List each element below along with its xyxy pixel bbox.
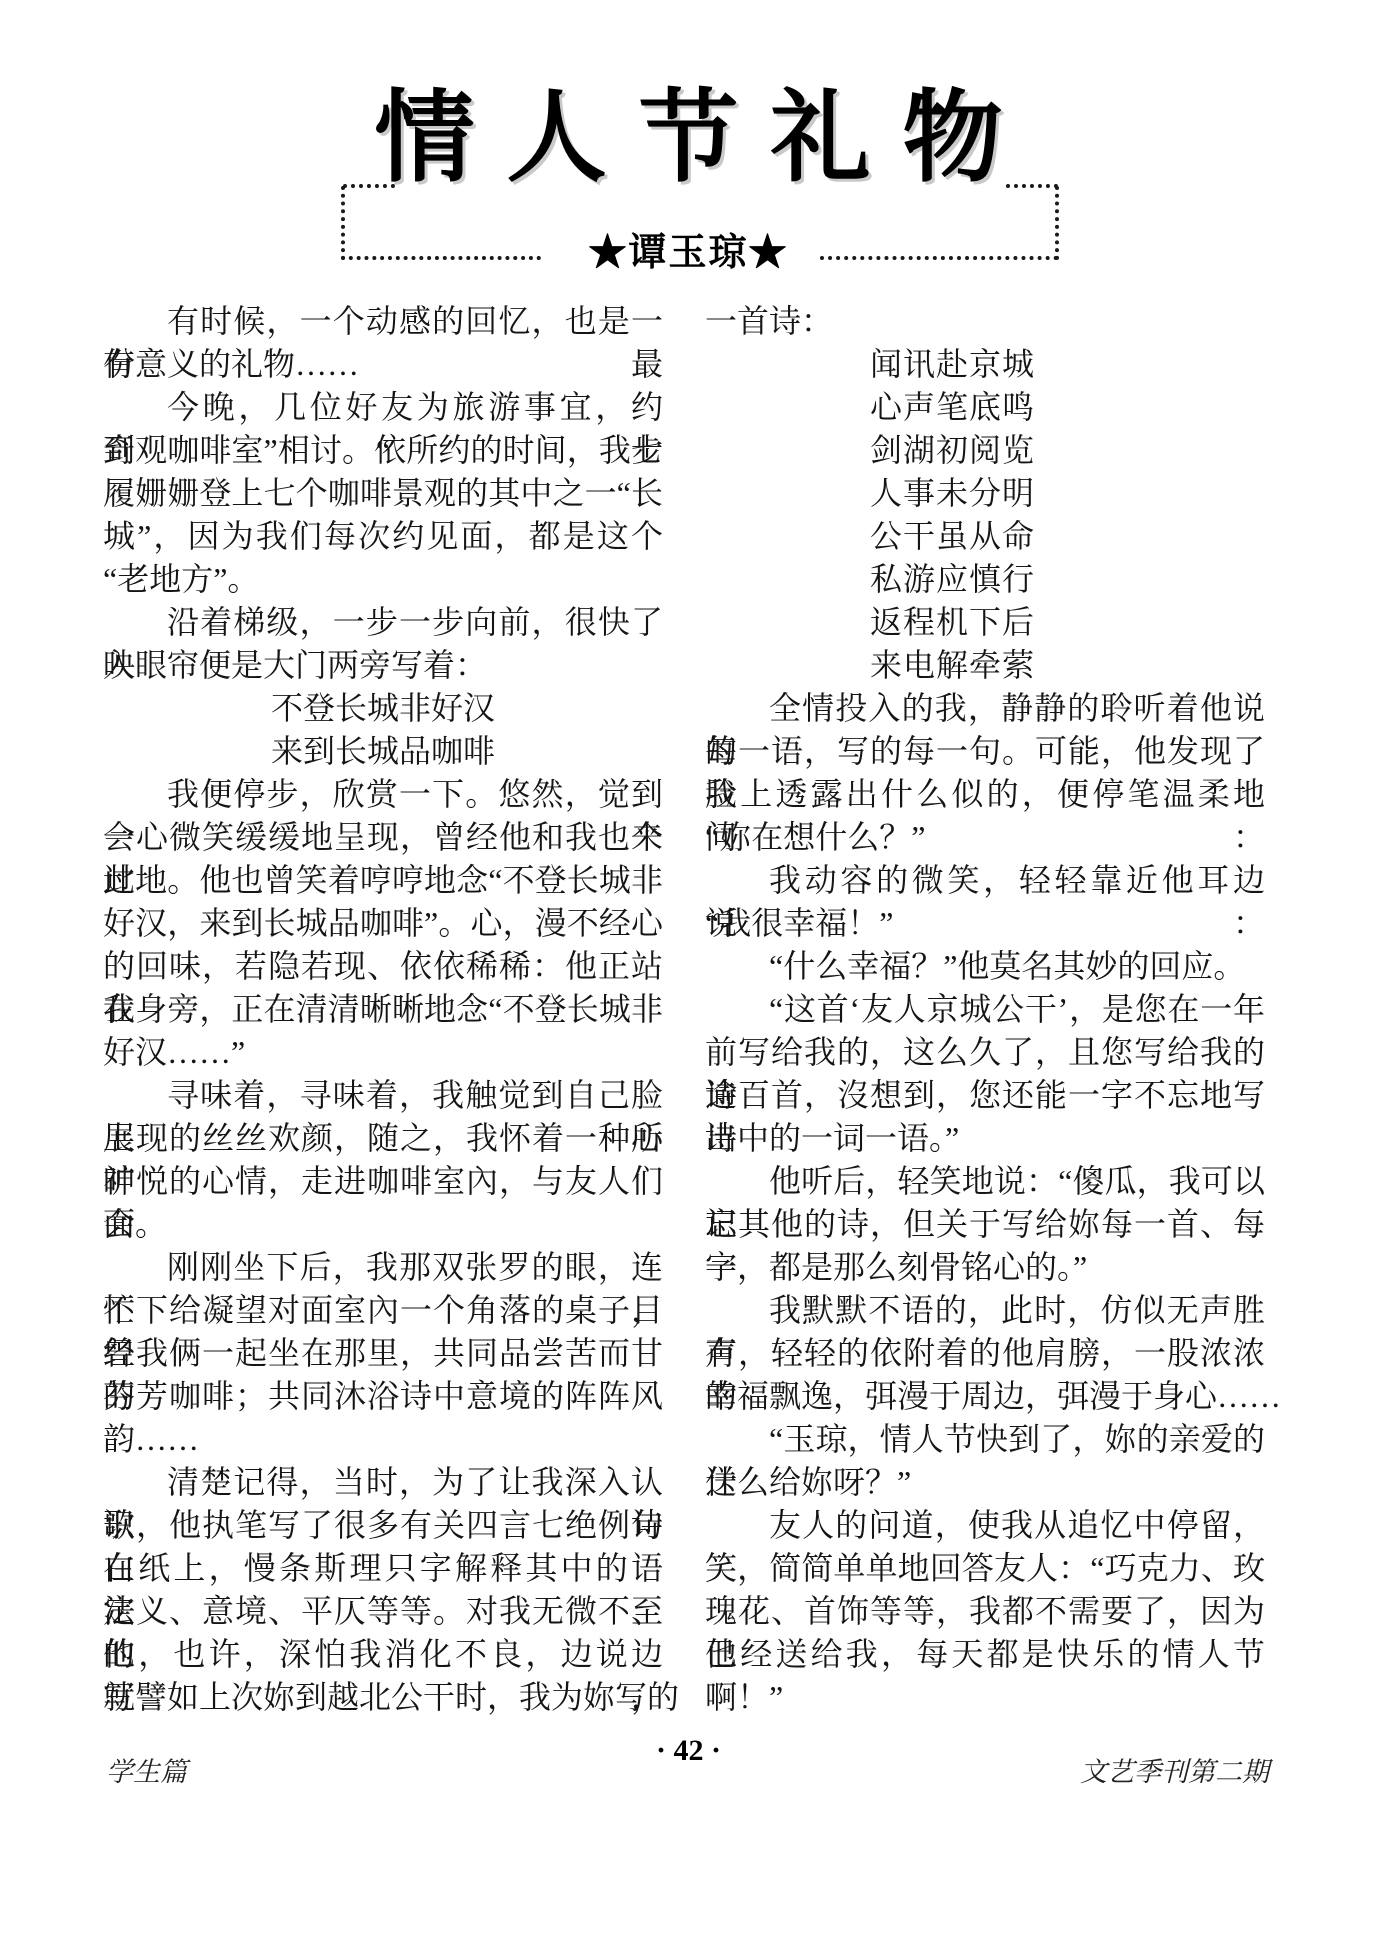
text-line: 全情投入的我，静静的聆听着他说的 bbox=[705, 687, 1265, 730]
text-line: 寻味着，寻味着，我触觉到自己脸上所 bbox=[103, 1074, 663, 1117]
text-line: 啊！” bbox=[705, 1676, 1265, 1719]
text-block-para: 全情投入的我，静静的聆听着他说的每一语，写的每一句。可能，他发现了我脸上透露出什… bbox=[705, 687, 1265, 859]
text-line: 友人的问道，使我从追忆中停留，笑 bbox=[705, 1504, 1265, 1547]
title-frame-top-tick-right bbox=[1006, 184, 1058, 188]
text-line: 私游应慎行 bbox=[705, 558, 1265, 601]
text-line: 歌，他执笔写了很多有关四言七绝例句在 bbox=[103, 1504, 663, 1547]
text-line: 韵…… bbox=[103, 1418, 663, 1461]
text-block-para: 我默默不语的，此时，仿似无声胜有声，轻轻的依附着的他肩膀，一股浓浓的幸福飘逸，弭… bbox=[705, 1289, 1265, 1418]
text-block-para: 他听后，轻笑地说：“傻瓜，我可以忘记其他的诗，但关于写给妳每一首、每一字，都是那… bbox=[705, 1160, 1265, 1289]
text-line: 面。 bbox=[103, 1203, 663, 1246]
text-line: 什么给妳呀？” bbox=[705, 1461, 1265, 1504]
text-line: 已经送给我，每天都是快乐的情人节 bbox=[705, 1633, 1265, 1676]
text-line: 我便停步，欣赏一下。悠然，觉到一个 bbox=[103, 773, 663, 816]
text-line: 就譬如上次妳到越北公干时，我为妳写的 bbox=[103, 1676, 663, 1719]
text-line: 芬芳咖啡；共同沐浴诗中意境的阵阵风 bbox=[103, 1375, 663, 1418]
author-byline: ★谭玉琼★ bbox=[0, 233, 1377, 273]
text-block-para: “什么幸福？”他莫名其妙的回应。 bbox=[705, 945, 1265, 988]
text-block-para: 刚刚坐下后，我那双张罗的眼，连忙目不下给凝望对面室內一个角落的桌子，曾经我俩一起… bbox=[103, 1246, 663, 1461]
text-line: 人事未分明 bbox=[705, 472, 1265, 515]
text-line: “什么幸福？”他莫名其妙的回应。 bbox=[705, 945, 1265, 988]
text-line: 心声笔底鸣 bbox=[705, 386, 1265, 429]
text-line: 此地。他也曾笑着哼哼地念“不登长城非 bbox=[103, 859, 663, 902]
text-line: 字，都是那么刻骨铭心的。” bbox=[705, 1246, 1265, 1289]
text-line: 我默默不语的，此时，仿似无声胜有 bbox=[705, 1289, 1265, 1332]
text-block-para: 我便停步，欣赏一下。悠然，觉到一个会心微笑缓缓地呈现，曾经他和我也来过此地。他也… bbox=[103, 773, 663, 1074]
text-line: 公干虽从命 bbox=[705, 515, 1265, 558]
magazine-page: 情人节礼物 ★谭玉琼★ 有时候，一个动感的回忆，也是一份最有意义的礼物……今晚，… bbox=[0, 0, 1377, 1947]
text-line: 逾百首，沒想到，您还能一字不忘地写出 bbox=[705, 1074, 1265, 1117]
text-line: 城”，因为我们每次约见面，都是这个 bbox=[103, 515, 663, 558]
text-line: 入眼帘便是大门两旁写着： bbox=[103, 644, 663, 687]
text-line: 沿着梯级，一步一步向前，很快了映 bbox=[103, 601, 663, 644]
text-block-para: 今晚，几位好友为旅游事宜，约到“七奇观咖啡室”相讨。依所约的时间，我步履姗姗登上… bbox=[103, 386, 663, 601]
text-line: 不下给凝望对面室內一个角落的桌子，曾 bbox=[103, 1289, 663, 1332]
text-line: 白纸上，慢条斯理只字解释其中的语法、 bbox=[103, 1547, 663, 1590]
text-line: “这首‘友人京城公干’，是您在一年 bbox=[705, 988, 1265, 1031]
text-line: 会心微笑缓缓地呈现，曾经他和我也来过 bbox=[103, 816, 663, 859]
left-column: 有时候，一个动感的回忆，也是一份最有意义的礼物……今晚，几位好友为旅游事宜，约到… bbox=[103, 300, 663, 1719]
text-line: 来电解牵萦 bbox=[705, 644, 1265, 687]
text-line: 剑湖初阅览 bbox=[705, 429, 1265, 472]
text-block-para: 我动容的微笑，轻轻靠近他耳边说：“我很幸福！” bbox=[705, 859, 1265, 945]
text-block-poem: 闻讯赴京城心声笔底鸣剑湖初阅览人事未分明公干虽从命私游应慎行返程机下后来电解牵萦 bbox=[705, 343, 1265, 687]
text-line: 履姗姗登上七个咖啡景观的其中之一“长 bbox=[103, 472, 663, 515]
text-line: 声，轻轻的依附着的他肩膀，一股浓浓的 bbox=[705, 1332, 1265, 1375]
text-line: 他，也许，深怕我消化不良，边说边写， bbox=[103, 1633, 663, 1676]
text-line: 的回味，若隐若现、依依稀稀：他正站在 bbox=[103, 945, 663, 988]
text-block-para: 友人的问道，使我从追忆中停留，笑笑，简简单单地回答友人：“巧克力、玫瑰花、首饰等… bbox=[705, 1504, 1265, 1719]
text-block-para: 沿着梯级，一步一步向前，很快了映入眼帘便是大门两旁写着： bbox=[103, 601, 663, 687]
text-line: 刚刚坐下后，我那双张罗的眼，连忙目 bbox=[103, 1246, 663, 1289]
text-line: 一首诗： bbox=[705, 300, 1265, 343]
text-line: 展现的丝丝欢颜，随之，我怀着一种心旷 bbox=[103, 1117, 663, 1160]
text-line: “老地方”。 bbox=[103, 558, 663, 601]
text-line: 前写给我的，这么久了，且您写给我的诗 bbox=[705, 1031, 1265, 1074]
footer-journal-label: 文艺季刊第二期 bbox=[1080, 1750, 1269, 1789]
text-block-para: 清楚记得，当时，为了让我深入认识诗歌，他执笔写了很多有关四言七绝例句在白纸上，慢… bbox=[103, 1461, 663, 1719]
text-block-plain: 一首诗： bbox=[705, 300, 1265, 343]
title-frame-top-tick-left bbox=[343, 184, 395, 188]
text-line: 好汉，来到长城品咖啡”。心，漫不经心 bbox=[103, 902, 663, 945]
text-line: 不登长城非好汉 bbox=[103, 687, 663, 730]
text-line: 神悦的心情，走进咖啡室內，与友人们会 bbox=[103, 1160, 663, 1203]
text-line: 定义、意境、平仄等等。对我无微不至的 bbox=[103, 1590, 663, 1633]
text-line: 返程机下后 bbox=[705, 601, 1265, 644]
right-column: 一首诗：闻讯赴京城心声笔底鸣剑湖初阅览人事未分明公干虽从命私游应慎行返程机下后来… bbox=[705, 300, 1265, 1719]
text-line: 清楚记得，当时，为了让我深入认识诗 bbox=[103, 1461, 663, 1504]
text-line: 诗中的一词一语。” bbox=[705, 1117, 1265, 1160]
text-block-para: “这首‘友人京城公干’，是您在一年前写给我的，这么久了，且您写给我的诗逾百首，沒… bbox=[705, 988, 1265, 1160]
text-line: 有时候，一个动感的回忆，也是一份最 bbox=[103, 300, 663, 343]
text-block-para: 有时候，一个动感的回忆，也是一份最有意义的礼物…… bbox=[103, 300, 663, 386]
text-block-para: 寻味着，寻味着，我触觉到自己脸上所展现的丝丝欢颜，随之，我怀着一种心旷神悦的心情… bbox=[103, 1074, 663, 1246]
text-line: 经我俩一起坐在那里，共同品尝苦而甘的 bbox=[103, 1332, 663, 1375]
text-line: 奇观咖啡室”相讨。依所约的时间，我步 bbox=[103, 429, 663, 472]
text-line: 来到长城品咖啡 bbox=[103, 730, 663, 773]
text-line: 我动容的微笑，轻轻靠近他耳边说： bbox=[705, 859, 1265, 902]
text-line: 他听后，轻笑地说：“傻瓜，我可以忘 bbox=[705, 1160, 1265, 1203]
page-title: 情人节礼物 bbox=[0, 86, 1377, 191]
text-line: 瑰花、首饰等等，我都不需要了，因为他 bbox=[705, 1590, 1265, 1633]
text-line: 每一语，写的每一句。可能，他发现了我 bbox=[705, 730, 1265, 773]
text-line: “玉琼，情人节快到了，妳的亲爱的送 bbox=[705, 1418, 1265, 1461]
text-line: 好汉……” bbox=[103, 1031, 663, 1074]
text-line: 闻讯赴京城 bbox=[705, 343, 1265, 386]
text-line: 笑，简简单单地回答友人：“巧克力、玫 bbox=[705, 1547, 1265, 1590]
text-line: 我身旁，正在清清晰晰地念“不登长城非 bbox=[103, 988, 663, 1031]
text-line: 幸福飘逸，弭漫于周边，弭漫于身心…… bbox=[705, 1375, 1265, 1418]
text-line: 记其他的诗，但关于写给妳每一首、每一 bbox=[705, 1203, 1265, 1246]
text-block-center: 不登长城非好汉来到长城品咖啡 bbox=[103, 687, 663, 773]
text-block-para: “玉琼，情人节快到了，妳的亲爱的送什么给妳呀？” bbox=[705, 1418, 1265, 1504]
text-line: 脸上透露出什么似的，便停笔温柔地问： bbox=[705, 773, 1265, 816]
text-line: 今晚，几位好友为旅游事宜，约到“七 bbox=[103, 386, 663, 429]
